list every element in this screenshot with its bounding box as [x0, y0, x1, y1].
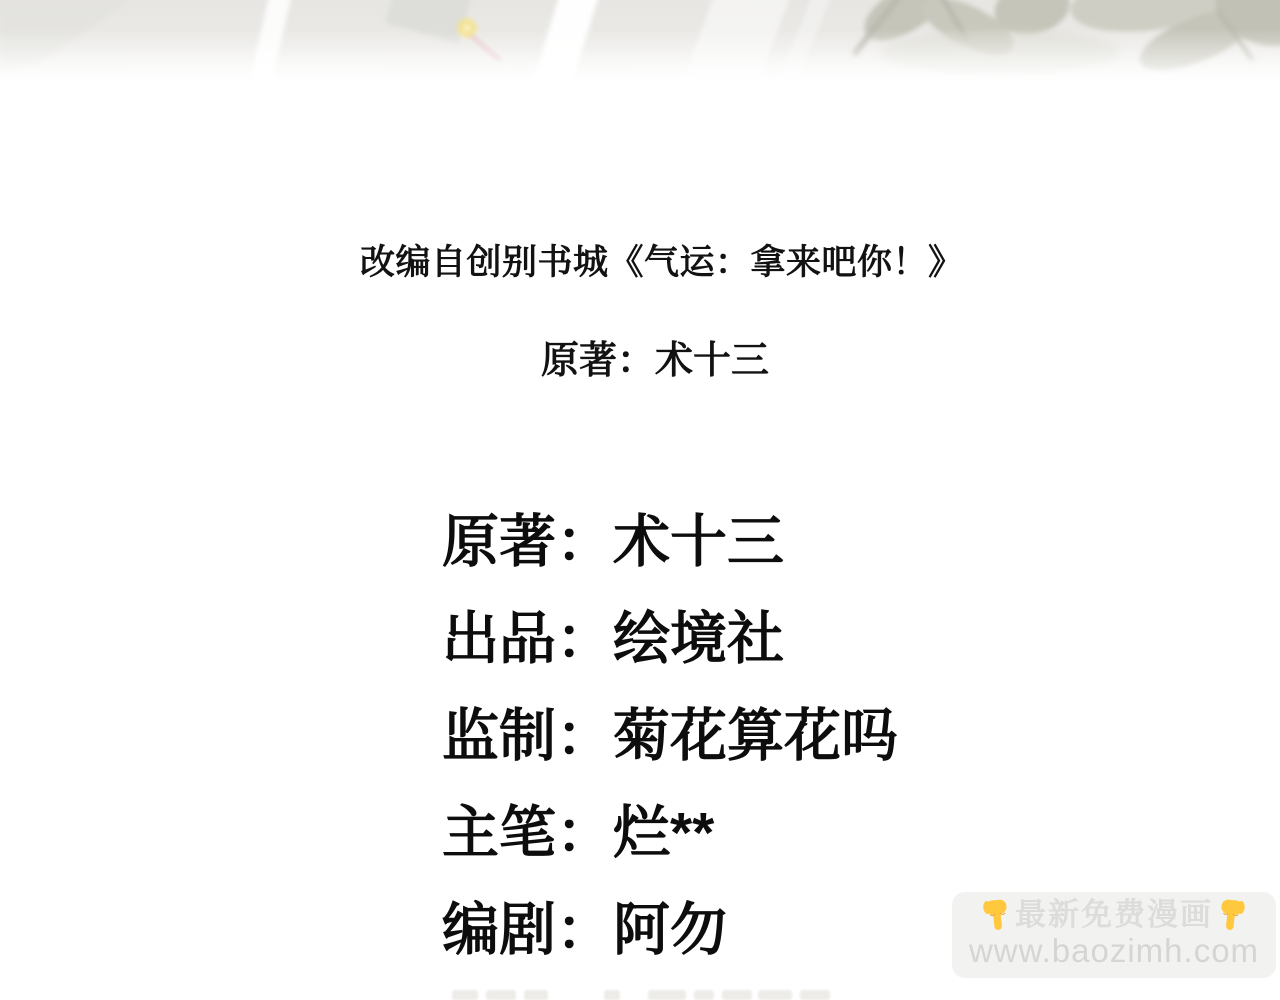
- adaptation-source-line: 改编自创别书城《气运：拿来吧你！》: [360, 243, 964, 283]
- credits-list: 原著：术十三 出品：绘境社 监制：菊花算花吗 主笔：烂** 编剧：阿勿: [442, 514, 898, 999]
- header-artwork: [0, 0, 1280, 96]
- site-watermark-badge: 最新免费漫画 www.baozimh.com: [952, 892, 1276, 978]
- credit-line-screenwriter: 编剧：阿勿: [442, 902, 898, 959]
- header-artwork-graphic: [0, 0, 1280, 96]
- art-fade-overlay: [0, 0, 1280, 96]
- point-down-hand-icon: [1214, 896, 1248, 935]
- cutoff-glyph-top: [604, 990, 620, 1000]
- cutoff-glyph-top: [758, 990, 792, 1000]
- cutoff-glyph-top: [694, 990, 714, 1000]
- comic-credits-page: 改编自创别书城《气运：拿来吧你！》 原著：术十三 原著：术十三 出品：绘境社 监…: [0, 0, 1280, 1000]
- point-down-hand-icon: [980, 896, 1014, 935]
- watermark-headline: 最新免费漫画: [952, 897, 1276, 933]
- cutoff-glyph-top: [648, 990, 686, 1000]
- credit-line-lead-artist: 主笔：烂**: [442, 805, 898, 862]
- credit-line-original-author: 原著：术十三: [442, 514, 898, 571]
- watermark-headline-text: 最新免费漫画: [1015, 898, 1213, 932]
- cutoff-glyph-top: [800, 990, 830, 1000]
- original-author-subtitle: 原著：术十三: [541, 340, 769, 384]
- cutoff-glyph-top: [452, 990, 478, 1000]
- credit-line-supervisor: 监制：菊花算花吗: [442, 708, 898, 765]
- credit-line-producer: 出品：绘境社: [442, 611, 898, 668]
- cutoff-glyph-top: [524, 990, 548, 1000]
- cutoff-glyph-top: [486, 990, 516, 1000]
- cutoff-glyph-top: [722, 990, 752, 1000]
- watermark-url: www.baozimh.com: [952, 934, 1276, 967]
